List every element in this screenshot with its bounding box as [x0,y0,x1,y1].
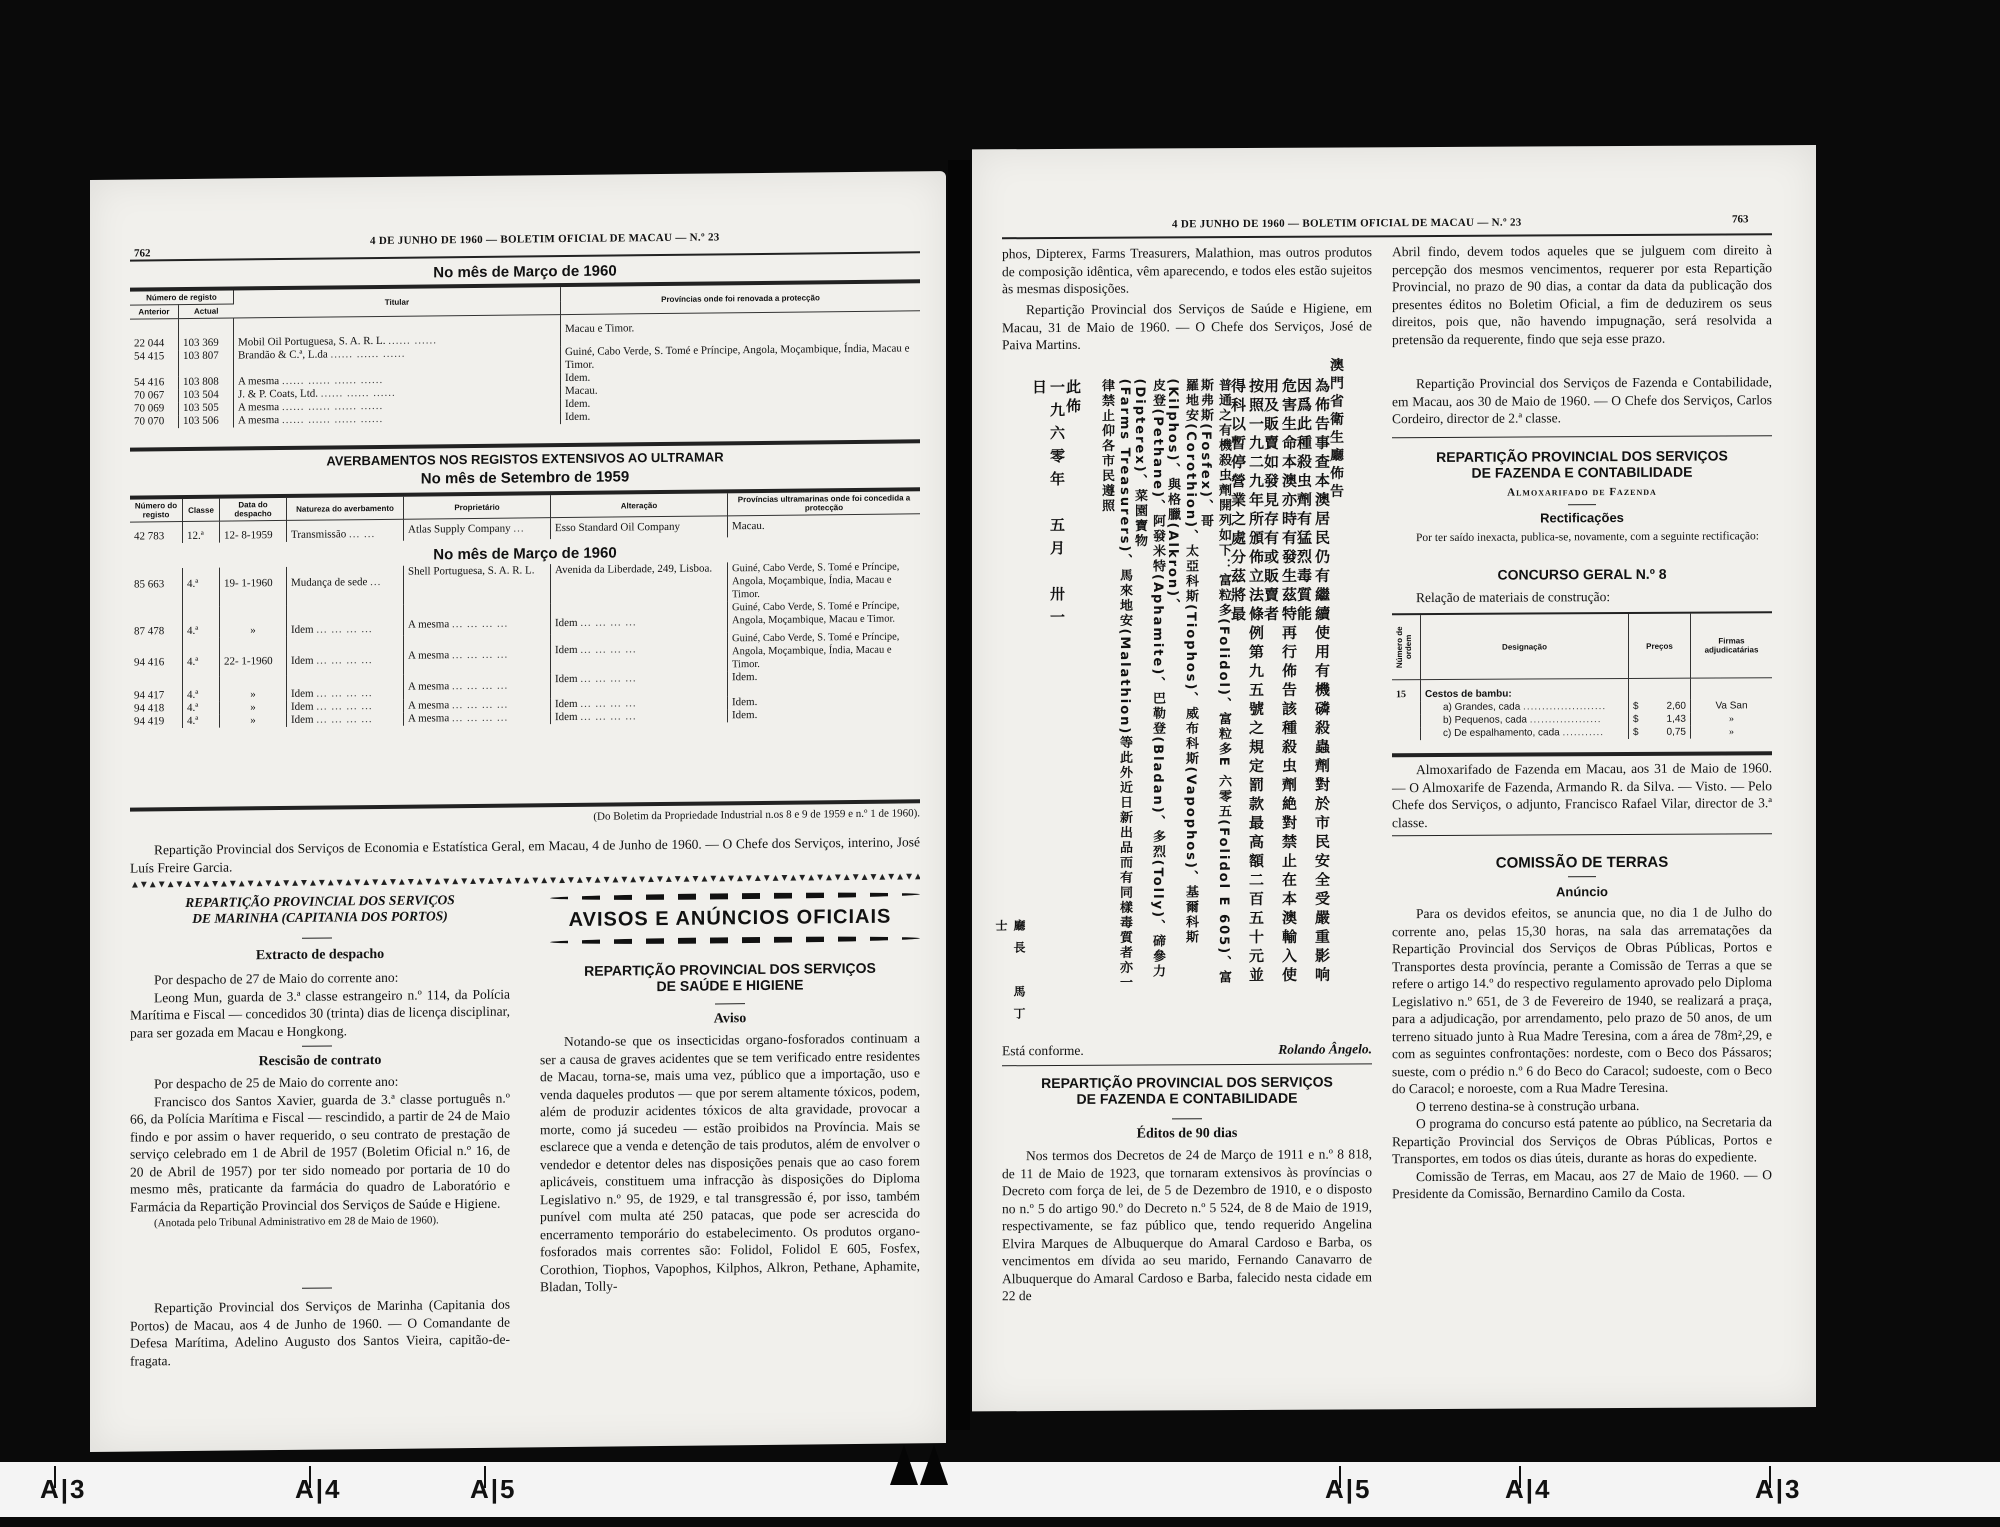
terras-subtitle: Anúncio [1392,883,1772,900]
aviso-title: Aviso [540,1009,920,1029]
averbamentos-table: Número do registo Classe Data do despach… [130,491,920,728]
film-marker: A|4 [1505,1474,1552,1505]
running-header: 4 DE JUNHO DE 1960 — BOLETIM OFICIAL DE … [1172,217,1522,231]
editos-subtitle: Éditos de 90 dias [1002,1125,1372,1143]
relacao-label: Relação de materiais de construção: [1392,587,1772,606]
rectificacoes-dept-title: REPARTIÇÃO PROVINCIAL DOS SERVIÇOS DE FA… [1392,447,1772,481]
avisos-banner: AVISOS E ANÚNCIOS OFICIAIS [540,905,920,932]
marinha-signoff: Repartição Provincial dos Serviços de Ma… [130,1296,510,1370]
ornamental-divider [550,891,920,901]
aviso-body: Notando-se que os insecticidas organo-fo… [540,1029,920,1295]
table-row: c) De espalhamento, cada ........... $ 0… [1392,725,1772,740]
esta-conforme: Está conforme. [1002,1041,1152,1059]
book-gutter [948,160,970,1430]
film-marker: A|3 [40,1474,87,1505]
fazenda-editos-title: REPARTIÇÃO PROVINCIAL DOS SERVIÇOS DE FA… [1002,1073,1372,1107]
col-provincias: Províncias onde foi renovada a protecção [560,283,920,314]
chinese-notice: 澳門省衛生廳佈告 為佈告事查本澳居民仍有繼續使用有機磷殺蟲劑對於市民安全受嚴重影… [972,145,1816,149]
ornamental-divider [550,935,920,945]
left-page: 762 4 DE JUNHO DE 1960 — BOLETIM OFICIAL… [90,171,946,1452]
right-page: 4 DE JUNHO DE 1960 — BOLETIM OFICIAL DE … [972,145,1816,1411]
saude-signoff: Repartição Provincial dos Serviços de Sa… [1002,299,1372,353]
film-notch [920,1445,948,1485]
terras-body: Para os devidos efeitos, se anuncia que,… [1392,903,1772,1202]
signer-name: Rolando Ângelo. [1202,1040,1372,1058]
film-marker: A|4 [295,1474,342,1505]
materiais-table: Número de ordem Designação Preços Firmas… [1392,613,1772,740]
rescisao-body: Por despacho de 25 de Maio do corrente a… [130,1072,510,1233]
col-numero-registo: Número de registo [130,290,233,305]
col-actual: Actual [178,304,233,319]
aviso-continuation: phos, Dipterex, Farms Treasurers, Malath… [1002,243,1372,297]
editos-signoff: Repartição Provincial dos Serviços de Fa… [1392,373,1772,427]
col-titular: Titular [233,287,560,318]
editos-body-continued: Abril findo, devem todos aqueles que se … [1392,241,1772,348]
rescisao-title: Rescisão de contrato [130,1052,510,1072]
film-notch [890,1445,918,1485]
economia-signoff: Repartição Provincial dos Serviços de Ec… [130,833,920,876]
almoxarifado-signoff: Almoxarifado de Fazenda em Macau, aos 31… [1392,759,1772,831]
table-row: a) Grandes, cada ...................... … [1392,699,1772,714]
col-anterior: Anterior [130,305,178,320]
almoxarifado-subtitle: Almoxarifado de Fazenda [1392,485,1772,499]
terras-title: COMISSÃO DE TERRAS [1392,853,1772,872]
film-marker: A|3 [1755,1474,1802,1505]
running-header: 4 DE JUNHO DE 1960 — BOLETIM OFICIAL DE … [370,231,720,247]
page-number: 762 [134,247,151,259]
editos-body: Nos termos dos Decretos de 24 de Março d… [1002,1145,1372,1304]
film-marker: A|5 [470,1474,517,1505]
renewal-table: Número de registo Titular Províncias ond… [130,283,920,428]
rectificacoes-intro: Por ter saído inexacta, publica-se, nova… [1392,529,1772,546]
microfilm-strip: A|3 A|4 A|5 A|5 A|4 A|3 [0,1462,2000,1517]
source-note: (Do Boletim da Propriedade Industrial n.… [490,805,920,827]
extracto-title: Extracto de despacho [130,946,510,966]
extracto-body: Por despacho de 27 de Maio do corrente a… [130,968,510,1042]
rectificacoes-heading: Rectificações [1392,509,1772,526]
film-marker: A|5 [1325,1474,1372,1505]
concurso-title: CONCURSO GERAL N.º 8 [1392,565,1772,583]
table-row: 15 Cestos de bambu: [1392,678,1772,701]
marinha-title: REPARTIÇÃO PROVINCIAL DOS SERVIÇOS DE MA… [130,892,510,928]
page-number: 763 [1732,213,1749,225]
saude-dept-title: REPARTIÇÃO PROVINCIAL DOS SERVIÇOS DE SA… [540,959,920,995]
